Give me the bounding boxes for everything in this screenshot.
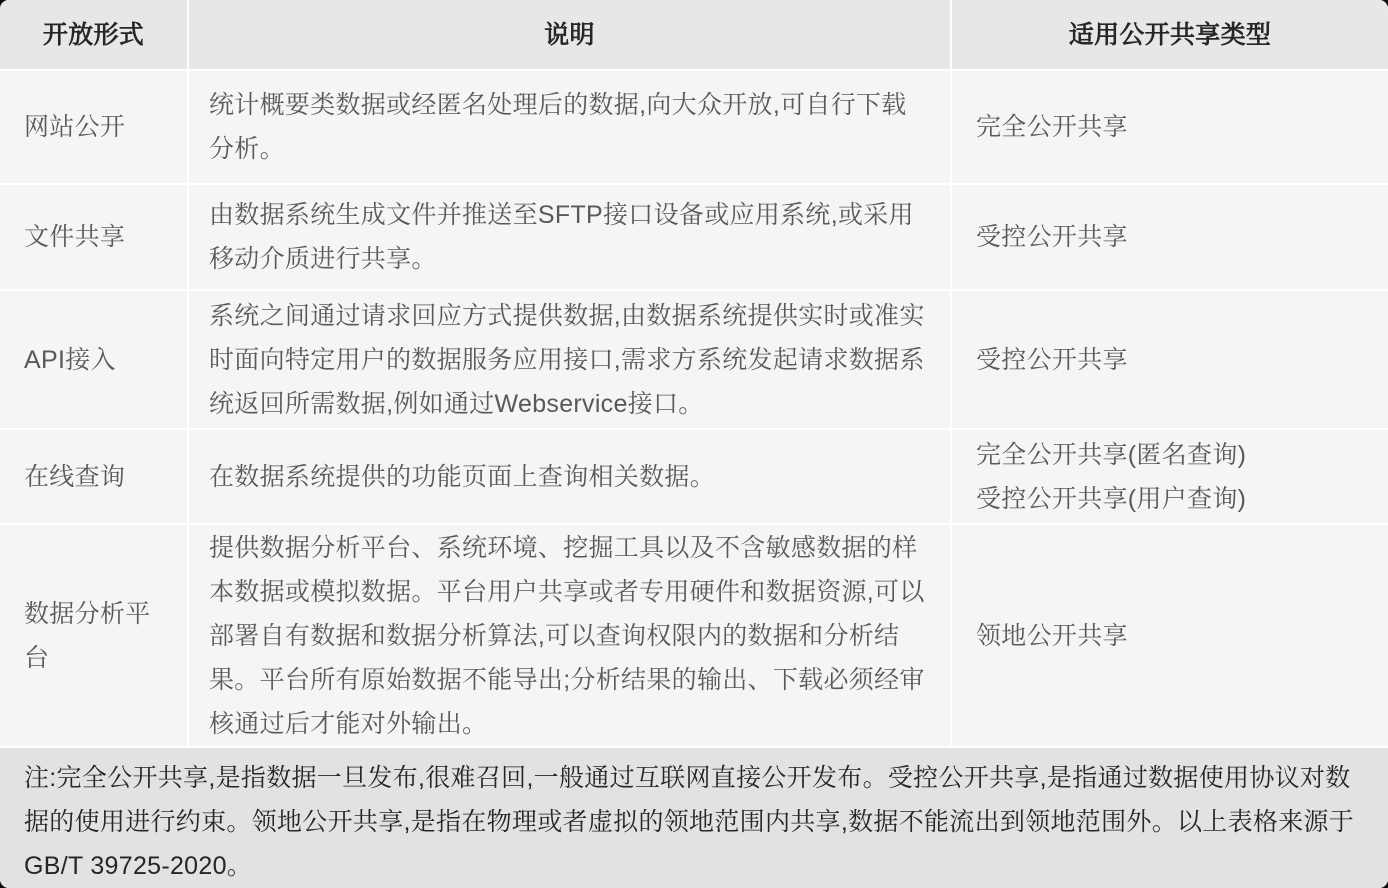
header-cell-form: 开放形式 xyxy=(0,0,187,69)
header-cell-description: 说明 xyxy=(189,0,950,69)
data-sharing-table: 开放形式 说明 适用公开共享类型 网站公开统计概要类数据或经匿名处理后的数据,向… xyxy=(0,0,1388,746)
row-3-type-cell: 受控公开共享 xyxy=(952,291,1388,428)
row-3-form-cell: API接入 xyxy=(0,291,187,428)
row-2-type-lines: 受控公开共享 xyxy=(976,215,1128,259)
row-3-type-lines: 受控公开共享 xyxy=(976,338,1128,382)
row-1-description-cell: 统计概要类数据或经匿名处理后的数据,向大众开放,可自行下载分析。 xyxy=(189,71,950,183)
row-1-type-cell: 完全公开共享 xyxy=(952,71,1388,183)
header-type-label: 适用公开共享类型 xyxy=(1069,13,1271,57)
type-line: 受控公开共享 xyxy=(976,215,1128,259)
header-cell-type: 适用公开共享类型 xyxy=(952,0,1388,69)
type-line: 完全公开共享(匿名查询) xyxy=(976,433,1246,477)
row-1-form-cell: 网站公开 xyxy=(0,71,187,183)
row-1-type-lines: 完全公开共享 xyxy=(976,105,1128,149)
table-footnote: 注:完全公开共享,是指数据一旦发布,很难召回,一般通过互联网直接公开发布。受控公… xyxy=(0,748,1388,888)
header-form-label: 开放形式 xyxy=(43,13,144,57)
type-line: 受控公开共享 xyxy=(976,338,1128,382)
row-2-form-cell: 文件共享 xyxy=(0,185,187,289)
row-3-description-cell: 系统之间通过请求回应方式提供数据,由数据系统提供实时或准实时面向特定用户的数据服… xyxy=(189,291,950,428)
data-sharing-table-card: 开放形式 说明 适用公开共享类型 网站公开统计概要类数据或经匿名处理后的数据,向… xyxy=(0,0,1388,888)
header-description-label: 说明 xyxy=(544,13,595,57)
row-4-description-cell: 在数据系统提供的功能页面上查询相关数据。 xyxy=(189,430,950,523)
row-2-description-cell: 由数据系统生成文件并推送至SFTP接口设备或应用系统,或采用移动介质进行共享。 xyxy=(189,185,950,289)
type-line: 领地公开共享 xyxy=(976,614,1128,658)
row-5-description-cell: 提供数据分析平台、系统环境、挖掘工具以及不含敏感数据的样本数据或模拟数据。平台用… xyxy=(189,525,950,746)
row-4-form-cell: 在线查询 xyxy=(0,430,187,523)
type-line: 受控公开共享(用户查询) xyxy=(976,477,1246,521)
row-5-type-cell: 领地公开共享 xyxy=(952,525,1388,746)
type-line: 完全公开共享 xyxy=(976,105,1128,149)
row-4-type-cell: 完全公开共享(匿名查询)受控公开共享(用户查询) xyxy=(952,430,1388,523)
row-5-type-lines: 领地公开共享 xyxy=(976,614,1128,658)
row-4-type-lines: 完全公开共享(匿名查询)受控公开共享(用户查询) xyxy=(976,433,1246,521)
row-2-type-cell: 受控公开共享 xyxy=(952,185,1388,289)
row-5-form-cell: 数据分析平台 xyxy=(0,525,187,746)
